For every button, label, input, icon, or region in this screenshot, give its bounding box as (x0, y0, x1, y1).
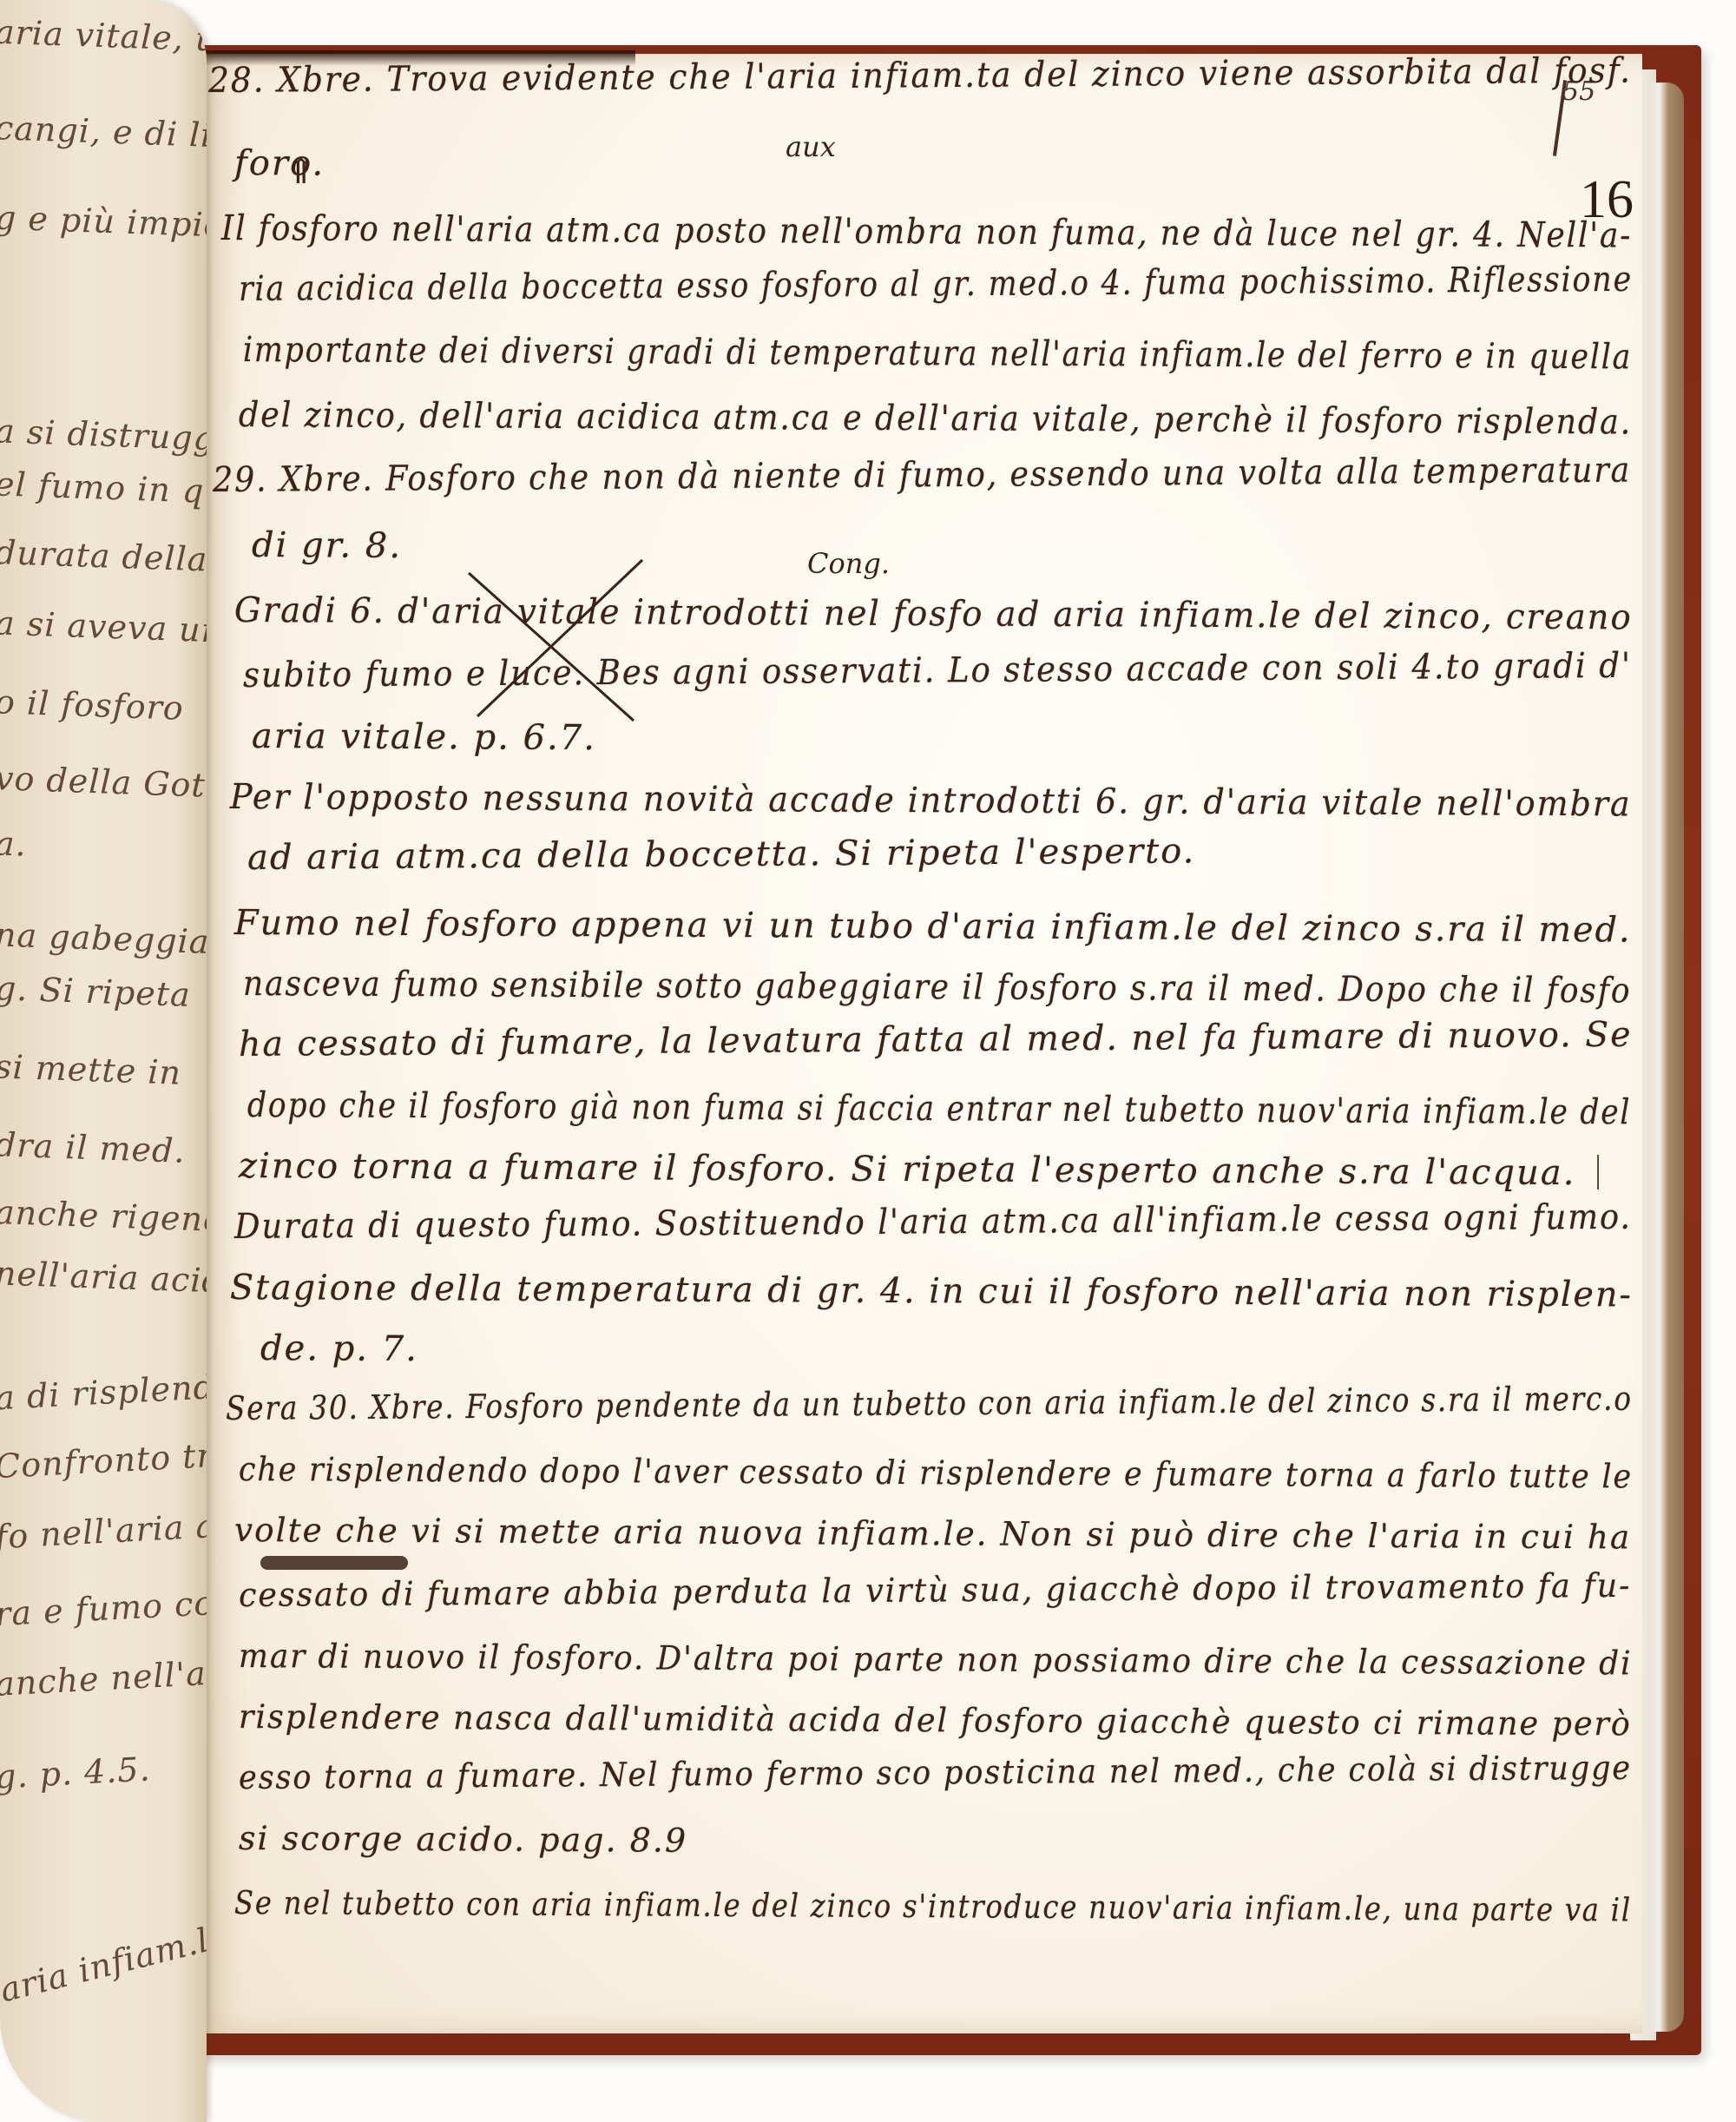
left-page-fragment: anche rigenerata (0, 1193, 207, 1242)
handwritten-line: Stagione della temperatura di gr. 4. in … (230, 1268, 1633, 1315)
handwritten-line: nasceva fumo sensibile sotto gabeggiare … (243, 964, 1632, 1011)
handwritten-line: Se nel tubetto con aria infiam.le del zi… (234, 1884, 1632, 1928)
handwritten-line: volte che vi si mette aria nuova infiam.… (234, 1511, 1631, 1556)
handwritten-line: importante dei diversi gradi di temperat… (243, 330, 1632, 377)
handwritten-line: de. p. 7. (260, 1328, 418, 1369)
left-page-fragment: o il fosforo (0, 682, 184, 728)
interlinear-note: Cong. (807, 547, 890, 580)
handwritten-line: risplendere nasca dall'umidità acida del… (239, 1697, 1632, 1743)
left-page-fragment: a di risplendere (0, 1365, 207, 1418)
handwritten-line: Il fosforo nell'aria atm.ca posto nell'o… (221, 208, 1632, 256)
left-page-fragment: durata della luce (0, 533, 207, 582)
left-page-fragment: aria infiam.le del zinco (0, 1875, 207, 2010)
handwritten-line: Gradi 6. d'aria vitale introdotti nel fo… (234, 590, 1633, 637)
left-page-fragment: Confronto tra (0, 1435, 207, 1486)
handwritten-line: ad aria atm.ca della boccetta. Si ripeta… (247, 831, 1196, 878)
left-page-fragment: g. p. 4.5. (0, 1750, 152, 1796)
handwritten-line: di gr. 8. (252, 525, 402, 566)
left-page-fragment: aria vitale, una (0, 13, 207, 61)
left-page-fragment: nell'aria acidica (0, 1254, 207, 1302)
handwritten-line: dopo che il fosforo già non fuma si facc… (247, 1085, 1631, 1132)
page-block-edge (1649, 82, 1684, 2032)
handwritten-line: del zinco, dell'aria acidica atm.ca e de… (239, 395, 1632, 442)
left-page-fragment: cangi, e di lib (0, 109, 207, 155)
left-page-fragment: fo nell'aria atm. (0, 1504, 207, 1557)
left-page-fragment: dra il med. (0, 1125, 186, 1170)
handwritten-line: si scorge acido. pag. 8.9 (239, 1819, 687, 1860)
left-page-fragment: na gabeggiando (0, 915, 207, 963)
left-page-fragment: ra e fumo con (0, 1583, 207, 1634)
left-page-fragment: a si aveva un (0, 603, 207, 649)
left-page-fragment: a si distruggono (0, 412, 207, 459)
left-page-fragment: vo della Gottling (0, 759, 207, 807)
left-page-fragment: el fumo in qu (0, 465, 207, 511)
margin-rule (1597, 1155, 1599, 1190)
handwritten-line: zinco torna a fumare il fosforo. Si ripe… (239, 1146, 1576, 1193)
left-page-fragment: g. Si ripeta (0, 969, 192, 1014)
handwritten-line: Fumo nel fosforo appena vi un tubo d'ari… (234, 903, 1632, 950)
left-page-fragment: g e più impiega de (0, 198, 207, 247)
left-page-fragment: a. (0, 824, 27, 863)
handwritten-line: mar di nuovo il fosforo. D'altra poi par… (239, 1637, 1633, 1682)
strikethrough-mark (260, 1556, 408, 1570)
left-page-fragment: anche nell'aria (0, 1651, 207, 1704)
handwritten-line: Per l'opposto nessuna novità accade intr… (230, 777, 1632, 824)
insertion-mark-icon: ⇑ (286, 152, 316, 192)
left-page: aria vitale, unacangi, e di libg e più i… (0, 0, 207, 2122)
cross-out-mark (460, 556, 651, 729)
interlinear-note: aux (786, 130, 836, 163)
handwritten-line: che risplendendo dopo l'aver cessato di … (239, 1450, 1633, 1495)
left-page-fragment: si mette in (0, 1047, 182, 1091)
